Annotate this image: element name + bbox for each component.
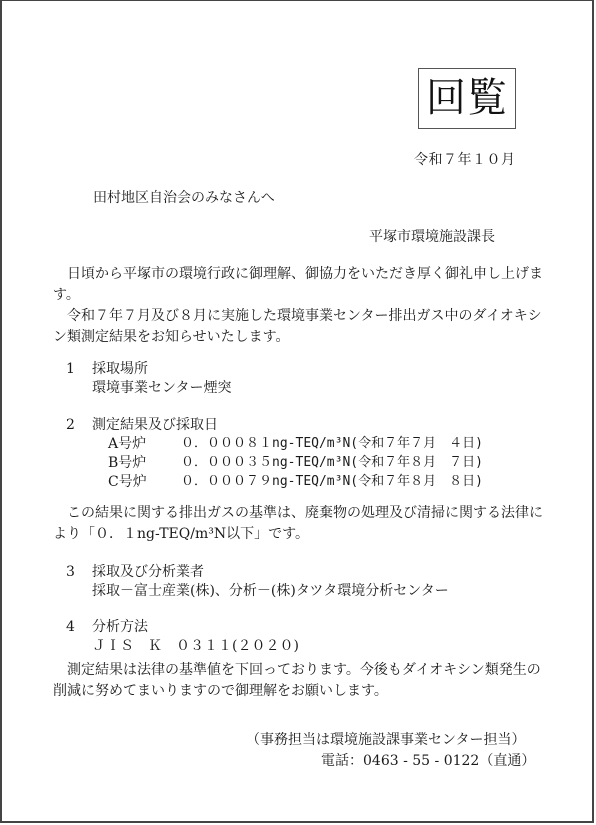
result-date: (令和７年８月 ８日): [350, 474, 483, 489]
result-unit: ng-TEQ/m³N: [272, 436, 350, 451]
result-furnace: B号炉: [108, 454, 146, 472]
section-2-title: 測定結果及び採取日: [92, 416, 218, 434]
section-4-number: 4: [66, 618, 75, 636]
closing-paragraph: 測定結果は法律の基準値を下回っております。今後もダイオキシン類発生の削減に努めて…: [53, 660, 553, 702]
section-4-body: ＪＩＳ Ｋ ０３１１(２０２０): [92, 637, 299, 655]
section-3-number: 3: [66, 563, 75, 581]
result-unit: ng-TEQ/m³N: [272, 455, 350, 470]
sender: 平塚市環境施設課長: [369, 228, 495, 246]
result-row: ０．０００８１ng-TEQ/m³N(令和７年７月 ４日): [181, 435, 483, 453]
result-furnace: C号炉: [108, 473, 147, 491]
section-2-number: 2: [66, 416, 75, 434]
section-4-title: 分析方法: [92, 618, 148, 636]
addressee: 田村地区自治会のみなさんへ: [93, 189, 275, 207]
document-page: 回覧 令和７年１０月 田村地区自治会のみなさんへ 平塚市環境施設課長 日頃から平…: [0, 0, 594, 823]
issue-date: 令和７年１０月: [414, 151, 516, 169]
contact-department: （事務担当は環境施設課事業センター担当）: [246, 731, 525, 749]
section-1-number: 1: [66, 360, 75, 378]
result-unit: ng-TEQ/m³N: [272, 474, 350, 489]
result-value: ０．０００７９: [181, 474, 272, 489]
result-date: (令和７年８月 ７日): [350, 455, 483, 470]
section-1-body: 環境事業センター煙突: [92, 379, 231, 397]
result-furnace: A号炉: [108, 435, 146, 453]
section-3-body: 採取－富士産業(株)、分析－(株)タツタ環境分析センター: [92, 582, 449, 600]
circulation-stamp: 回覧: [418, 68, 516, 129]
section-3-title: 採取及び分析業者: [92, 563, 204, 581]
contact-phone: 電話：0463 - 55 - 0122（直通）: [321, 752, 535, 770]
result-row: ０．０００３５ng-TEQ/m³N(令和７年８月 ７日): [181, 454, 483, 472]
intro-paragraph-1: 日頃から平塚市の環境行政に御理解、御協力をいただき厚く御礼申し上げます。: [53, 264, 553, 306]
standard-paragraph: この結果に関する排出ガスの基準は、廃棄物の処理及び清掃に関する法律により「０．１…: [53, 503, 553, 545]
result-value: ０．０００３５: [181, 455, 272, 470]
result-value: ０．０００８１: [181, 436, 272, 451]
section-1-title: 採取場所: [92, 360, 148, 378]
result-row: ０．０００７９ng-TEQ/m³N(令和７年８月 ８日): [181, 473, 483, 491]
intro-paragraph-2: 令和７年７月及び８月に実施した環境事業センター排出ガス中のダイオキシン類測定結果…: [53, 306, 553, 348]
result-date: (令和７年７月 ４日): [350, 436, 483, 451]
